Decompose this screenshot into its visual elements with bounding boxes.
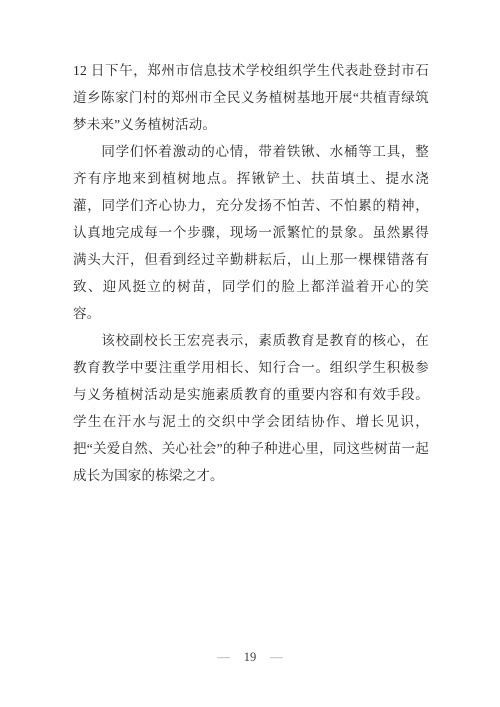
paragraph-3: 该校副校长王宏亮表示，素质教育是教育的核心，在教育教学中要注重学用相长、知行合一… [73,327,429,489]
paragraph-2: 同学们怀着激动的心情，带着铁锹、水桶等工具，整齐有序地来到植树地点。挥锹铲土、扶… [73,138,429,327]
footer-left-dash: — [217,648,230,666]
page-number: 19 [244,648,257,666]
document-body: 12 日下午，郑州市信息技术学校组织学生代表赴登封市石道乡陈家门村的郑州市全民义… [73,57,429,489]
page-footer: — 19 — [0,648,500,666]
document-page: 12 日下午，郑州市信息技术学校组织学生代表赴登封市石道乡陈家门村的郑州市全民义… [0,0,500,707]
paragraph-1: 12 日下午，郑州市信息技术学校组织学生代表赴登封市石道乡陈家门村的郑州市全民义… [73,57,429,138]
footer-right-dash: — [270,648,283,666]
footer-page-number: — 19 — [217,648,283,666]
